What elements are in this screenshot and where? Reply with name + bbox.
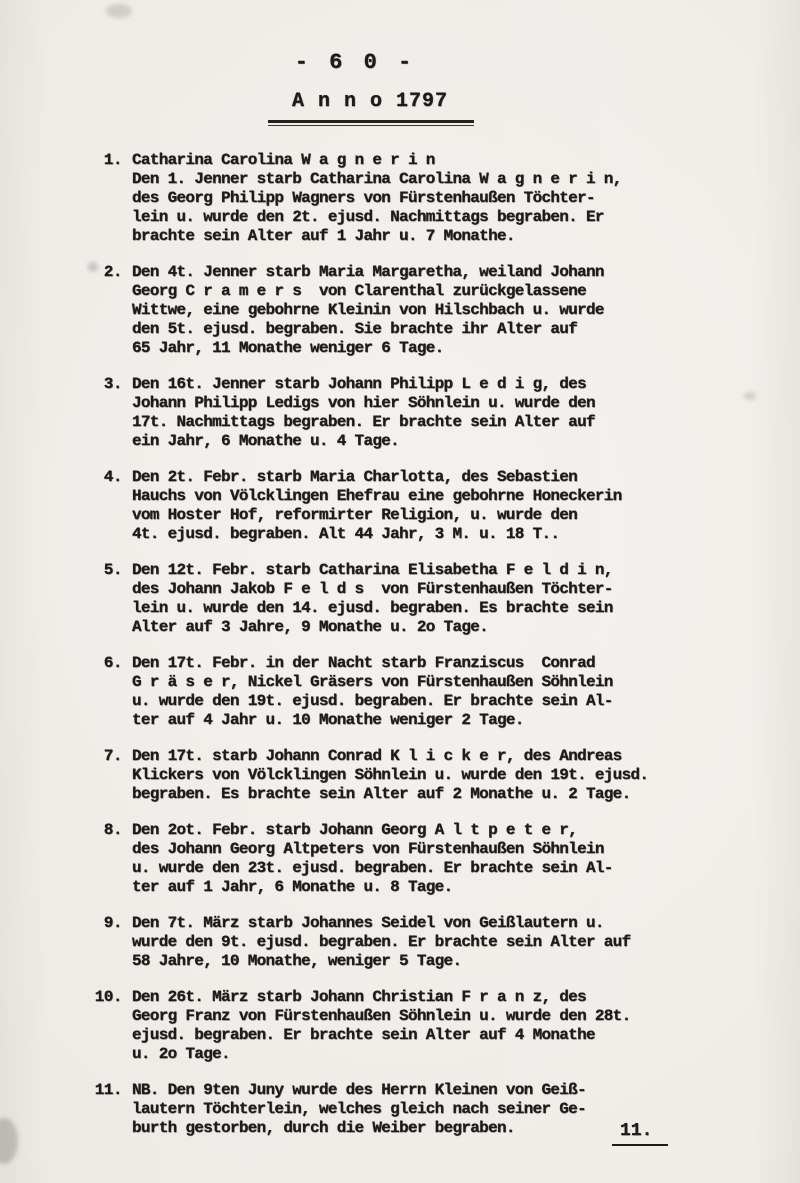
entry-number: 10. bbox=[82, 988, 122, 1007]
scan-smudge bbox=[0, 1118, 18, 1164]
entry-line: Johann Philipp Ledigs von hier Söhnlein … bbox=[132, 394, 595, 413]
entry-lines: Den 16t. Jenner starb Johann Philipp L e… bbox=[132, 375, 595, 451]
entry-line: des Johann Jakob F e l d s von Fürstenha… bbox=[132, 580, 613, 599]
entry-line: u. 2o Tage. bbox=[132, 1045, 631, 1064]
entry-number: 1. bbox=[82, 151, 122, 170]
entry-line: Catharina Carolina W a g n e r i n bbox=[132, 151, 622, 170]
entry-line: ein Jahr, 6 Monathe u. 4 Tage. bbox=[132, 432, 595, 451]
entry-line: u. wurde den 23t. ejusd. begraben. Er br… bbox=[132, 859, 613, 878]
register-entry: 3. Den 16t. Jenner starb Johann Philipp … bbox=[82, 375, 734, 451]
register-entry: 8. Den 2ot. Febr. starb Johann Georg A l… bbox=[82, 821, 734, 897]
entry-number: 4. bbox=[82, 468, 122, 487]
entry-line: G r ä s e r, Nickel Gräsers von Fürstenh… bbox=[132, 673, 613, 692]
entry-number: 8. bbox=[82, 821, 122, 840]
entry-line: Den 1. Jenner starb Catharina Carolina W… bbox=[132, 170, 622, 189]
entry-line: Den 17t. starb Johann Conrad K l i c k e… bbox=[132, 747, 648, 766]
entry-line: 58 Jahre, 10 Monathe, weniger 5 Tage. bbox=[132, 952, 631, 971]
entry-number: 6. bbox=[82, 654, 122, 673]
entry-line: burth gestorben, durch die Weiber begrab… bbox=[132, 1119, 586, 1138]
entry-line: Alter auf 3 Jahre, 9 Monathe u. 2o Tage. bbox=[132, 618, 613, 637]
scan-smudge bbox=[744, 392, 756, 400]
entry-lines: NB. Den 9ten Juny wurde des Herrn Kleine… bbox=[132, 1081, 586, 1138]
entry-line: Hauchs von Völcklingen Ehefrau eine gebo… bbox=[132, 487, 622, 506]
entry-line: begraben. Es brachte sein Alter auf 2 Mo… bbox=[132, 785, 648, 804]
entry-number: 7. bbox=[82, 747, 122, 766]
entry-line: den 5t. ejusd. begraben. Sie brachte ihr… bbox=[132, 320, 604, 339]
entry-line: Georg Franz von Fürstenhaußen Söhnlein u… bbox=[132, 1007, 631, 1026]
page-number-bottom: 11. bbox=[612, 1121, 668, 1146]
entry-line: brachte sein Alter auf 1 Jahr u. 7 Monat… bbox=[132, 227, 622, 246]
page-title: A n n o 1797 bbox=[0, 90, 740, 113]
entry-lines: Den 26t. März starb Johann Christian F r… bbox=[132, 988, 631, 1064]
title-underline bbox=[268, 120, 474, 126]
entries-list: 1. Catharina Carolina W a g n e r i nDen… bbox=[82, 151, 734, 1155]
entry-line: des Johann Georg Altpeters von Fürstenha… bbox=[132, 840, 613, 859]
entry-line: lein u. wurde den 14. ejusd. begraben. E… bbox=[132, 599, 613, 618]
entry-line: 4t. ejusd. begraben. Alt 44 Jahr, 3 M. u… bbox=[132, 525, 622, 544]
entry-lines: Catharina Carolina W a g n e r i nDen 1.… bbox=[132, 151, 622, 246]
entry-lines: Den 17t. Febr. in der Nacht starb Franzi… bbox=[132, 654, 613, 730]
entry-line: Den 4t. Jenner starb Maria Margaretha, w… bbox=[132, 263, 604, 282]
register-entry: 9. Den 7t. März starb Johannes Seidel vo… bbox=[82, 914, 734, 971]
entry-line: lein u. wurde den 2t. ejusd. Nachmittags… bbox=[132, 208, 622, 227]
entry-line: wurde den 9t. ejusd. begraben. Er bracht… bbox=[132, 933, 631, 952]
register-entry: 4. Den 2t. Febr. starb Maria Charlotta, … bbox=[82, 468, 734, 544]
entry-line: Georg C r a m e r s von Clarenthal zurüc… bbox=[132, 282, 604, 301]
entry-line: 65 Jahr, 11 Monathe weniger 6 Tage. bbox=[132, 339, 604, 358]
entry-number: 9. bbox=[82, 914, 122, 933]
entry-line: Wittwe, eine gebohrne Kleinin von Hilsch… bbox=[132, 301, 604, 320]
entry-line: Den 2ot. Febr. starb Johann Georg A l t … bbox=[132, 821, 613, 840]
entry-line: Den 26t. März starb Johann Christian F r… bbox=[132, 988, 631, 1007]
register-entry: 6. Den 17t. Febr. in der Nacht starb Fra… bbox=[82, 654, 734, 730]
entry-line: des Georg Philipp Wagners von Fürstenhau… bbox=[132, 189, 622, 208]
entry-line: ter auf 4 Jahr u. 10 Monathe weniger 2 T… bbox=[132, 711, 613, 730]
register-entry: 2. Den 4t. Jenner starb Maria Margaretha… bbox=[82, 263, 734, 358]
entry-line: ter auf 1 Jahr, 6 Monathe u. 8 Tage. bbox=[132, 878, 613, 897]
entry-number: 3. bbox=[82, 375, 122, 394]
register-entry: 1. Catharina Carolina W a g n e r i nDen… bbox=[82, 151, 734, 246]
entry-line: Den 7t. März starb Johannes Seidel von G… bbox=[132, 914, 631, 933]
entry-lines: Den 2t. Febr. starb Maria Charlotta, des… bbox=[132, 468, 622, 544]
entry-line: Den 12t. Febr. starb Catharina Elisabeth… bbox=[132, 561, 613, 580]
register-entry: 5. Den 12t. Febr. starb Catharina Elisab… bbox=[82, 561, 734, 637]
entry-lines: Den 17t. starb Johann Conrad K l i c k e… bbox=[132, 747, 648, 804]
entry-lines: Den 4t. Jenner starb Maria Margaretha, w… bbox=[132, 263, 604, 358]
scanned-register-page: - 6 0 - A n n o 1797 1. Catharina Caroli… bbox=[0, 0, 800, 1183]
entry-lines: Den 2ot. Febr. starb Johann Georg A l t … bbox=[132, 821, 613, 897]
entry-line: Klickers von Völcklingen Söhnlein u. wur… bbox=[132, 766, 648, 785]
entry-line: ejusd. begraben. Er brachte sein Alter a… bbox=[132, 1026, 631, 1045]
entry-line: NB. Den 9ten Juny wurde des Herrn Kleine… bbox=[132, 1081, 586, 1100]
entry-line: Den 2t. Febr. starb Maria Charlotta, des… bbox=[132, 468, 622, 487]
register-entry: 10. Den 26t. März starb Johann Christian… bbox=[82, 988, 734, 1064]
entry-lines: Den 12t. Febr. starb Catharina Elisabeth… bbox=[132, 561, 613, 637]
register-entry: 7. Den 17t. starb Johann Conrad K l i c … bbox=[82, 747, 734, 804]
page-number-top: - 6 0 - bbox=[0, 50, 710, 75]
scan-smudge bbox=[106, 4, 132, 18]
entry-line: lautern Töchterlein, welches gleich nach… bbox=[132, 1100, 586, 1119]
entry-line: vom Hoster Hof, reformirter Religion, u.… bbox=[132, 506, 622, 525]
entry-number: 5. bbox=[82, 561, 122, 580]
entry-line: 17t. Nachmittags begraben. Er brachte se… bbox=[132, 413, 595, 432]
entry-line: u. wurde den 19t. ejusd. begraben. Er br… bbox=[132, 692, 613, 711]
entry-number: 11. bbox=[82, 1081, 122, 1100]
entry-line: Den 16t. Jenner starb Johann Philipp L e… bbox=[132, 375, 595, 394]
entry-lines: Den 7t. März starb Johannes Seidel von G… bbox=[132, 914, 631, 971]
entry-number: 2. bbox=[82, 263, 122, 282]
entry-line: Den 17t. Febr. in der Nacht starb Franzi… bbox=[132, 654, 613, 673]
